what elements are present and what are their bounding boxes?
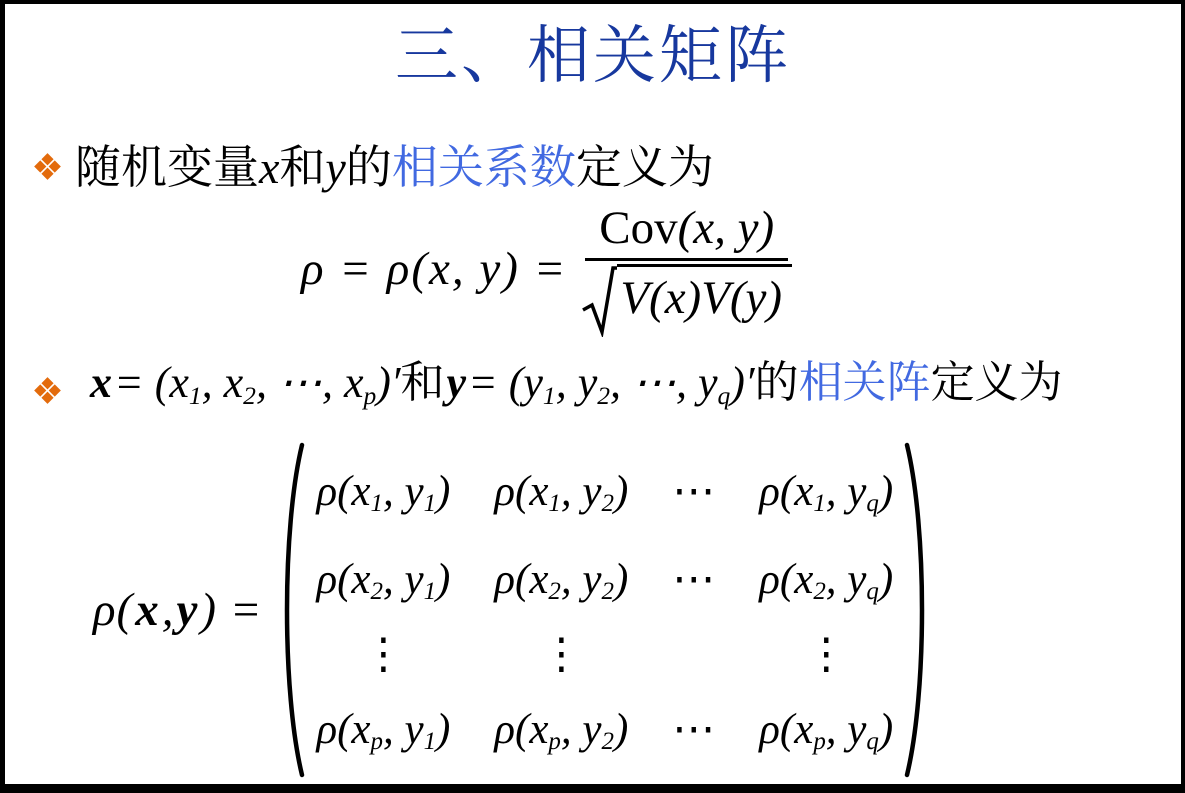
bullet-item-1: 随机变量x和y的相关系数定义为 — [33, 138, 714, 198]
correlation-matrix-formula: ρ(x,y) = ρ(x1, y1) ρ(x1, y2) ⋯ ρ(x1, yq)… — [93, 440, 933, 780]
right-paren-icon — [903, 440, 933, 780]
cov-function-name: Cov — [599, 201, 677, 255]
matrix-cell-cdots: ⋯ — [672, 554, 715, 604]
bullet1-and: 和 — [279, 142, 325, 193]
matrix-cell: ρ(x2, yq) — [759, 555, 893, 604]
matrix-cell: ρ(xp, yq) — [759, 705, 893, 754]
matrix-cell-vdots: ⋮ — [540, 629, 583, 679]
y-definition: = (y1, y2, ⋯, yq)′ — [468, 358, 755, 407]
correlation-coefficient-formula: ρ = ρ(x, y) = Cov(x, y) V(x)V(y) — [301, 201, 792, 337]
matrix-lhs-rho: ρ( — [93, 584, 133, 636]
diamond-bullet-icon — [33, 376, 62, 405]
radicand: V(x)V(y) — [617, 264, 792, 325]
bullet-item-2: x= (x1, x2, ⋯, xp)′和y= (y1, y2, ⋯, yq)′的… — [33, 354, 1063, 411]
matrix-lhs-close: ) = — [200, 584, 262, 636]
matrix-vector-x: x — [133, 584, 162, 636]
formula-lhs: ρ = ρ(x, y) = — [301, 242, 567, 296]
matrix-cell-vdots: ⋮ — [805, 629, 848, 679]
matrix-cell-cdots: ⋯ — [672, 466, 715, 516]
page-title: 三、相关矩阵 — [5, 16, 1181, 98]
matrix-cell: ρ(x1, y1) — [316, 467, 450, 516]
bullet2-text: x= (x1, x2, ⋯, xp)′和y= (y1, y2, ⋯, yq)′的… — [88, 354, 1063, 411]
bullet1-pre: 随机变量 — [75, 142, 259, 193]
bullet1-text: 随机变量x和y的相关系数定义为 — [75, 138, 714, 198]
matrix-cell: ρ(x2, y1) — [316, 555, 450, 604]
matrix-vector-y: y — [174, 584, 200, 636]
fraction-denominator: V(x)V(y) — [581, 262, 792, 337]
radical-sign-icon — [581, 265, 617, 337]
left-paren-icon — [276, 440, 306, 780]
diamond-bullet-icon — [33, 152, 62, 181]
bullet1-tail: 定义为 — [576, 142, 714, 193]
bullet2-and: 和 — [401, 358, 445, 407]
matrix-cell: ρ(x1, yq) — [759, 467, 893, 516]
fraction-numerator: Cov(x, y) — [585, 201, 788, 261]
highlight-correlation-matrix: 相关阵 — [799, 358, 931, 407]
variable-y: y — [325, 142, 345, 193]
bullet2-tail: 定义为 — [931, 358, 1063, 407]
matrix-grid: ρ(x1, y1) ρ(x1, y2) ⋯ ρ(x1, yq) ρ(x2, y1… — [306, 447, 903, 773]
vector-y: y — [445, 358, 469, 407]
x-definition: = (x1, x2, ⋯, xp)′ — [114, 358, 401, 407]
matrix-cell-vdots: ⋮ — [362, 629, 405, 679]
matrix-cell: ρ(xp, y1) — [316, 705, 450, 754]
matrix-lhs: ρ(x,y) = — [93, 583, 262, 637]
fraction: Cov(x, y) V(x)V(y) — [581, 201, 792, 337]
slide-frame: 三、相关矩阵 随机变量x和y的相关系数定义为 ρ = ρ(x, y) = Cov… — [0, 0, 1185, 793]
bullet1-possessive: 的 — [346, 142, 392, 193]
cov-arguments: (x, y) — [678, 201, 775, 255]
bullet2-possessive: 的 — [755, 358, 799, 407]
variable-x: x — [259, 142, 279, 193]
matrix-cell-cdots: ⋯ — [672, 704, 715, 754]
matrix-lhs-comma: , — [162, 584, 175, 636]
highlight-correlation-coefficient: 相关系数 — [392, 142, 576, 193]
vector-x: x — [88, 358, 114, 407]
matrix-cell: ρ(xp, y2) — [494, 705, 628, 754]
matrix-cell: ρ(x1, y2) — [494, 467, 628, 516]
matrix-cell: ρ(x2, y2) — [494, 555, 628, 604]
